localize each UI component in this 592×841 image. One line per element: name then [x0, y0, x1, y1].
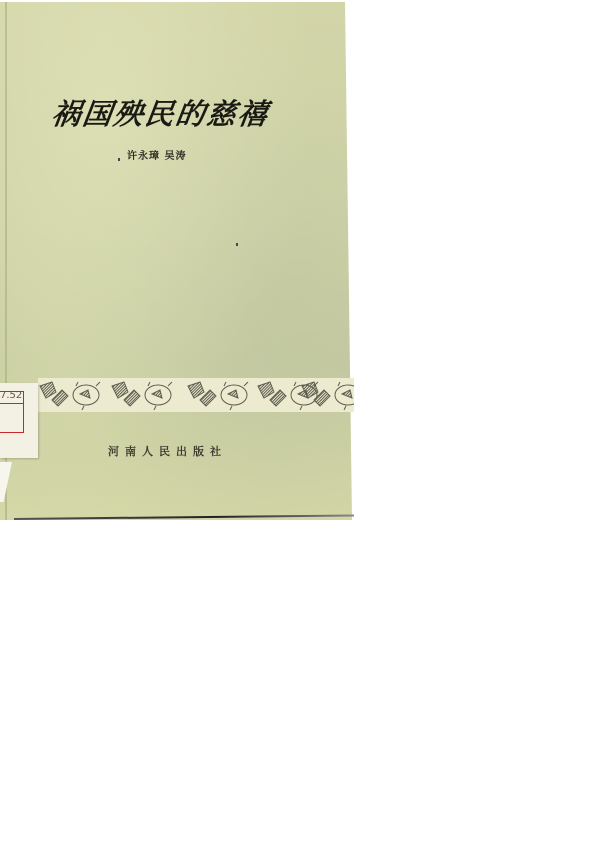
label-divider [0, 403, 23, 404]
library-label: 7.52 [0, 383, 38, 458]
book-authors: 许永璋 吴涛 [127, 147, 186, 162]
book-title: 祸国殃民的慈禧 [49, 92, 295, 133]
ink-speck [236, 243, 238, 246]
floral-ornament-icon [38, 378, 354, 412]
publisher-name: 河南人民出版社 [108, 443, 227, 459]
decorative-band [38, 378, 354, 412]
ink-speck [118, 158, 120, 161]
call-number: 7.52 [0, 390, 22, 401]
